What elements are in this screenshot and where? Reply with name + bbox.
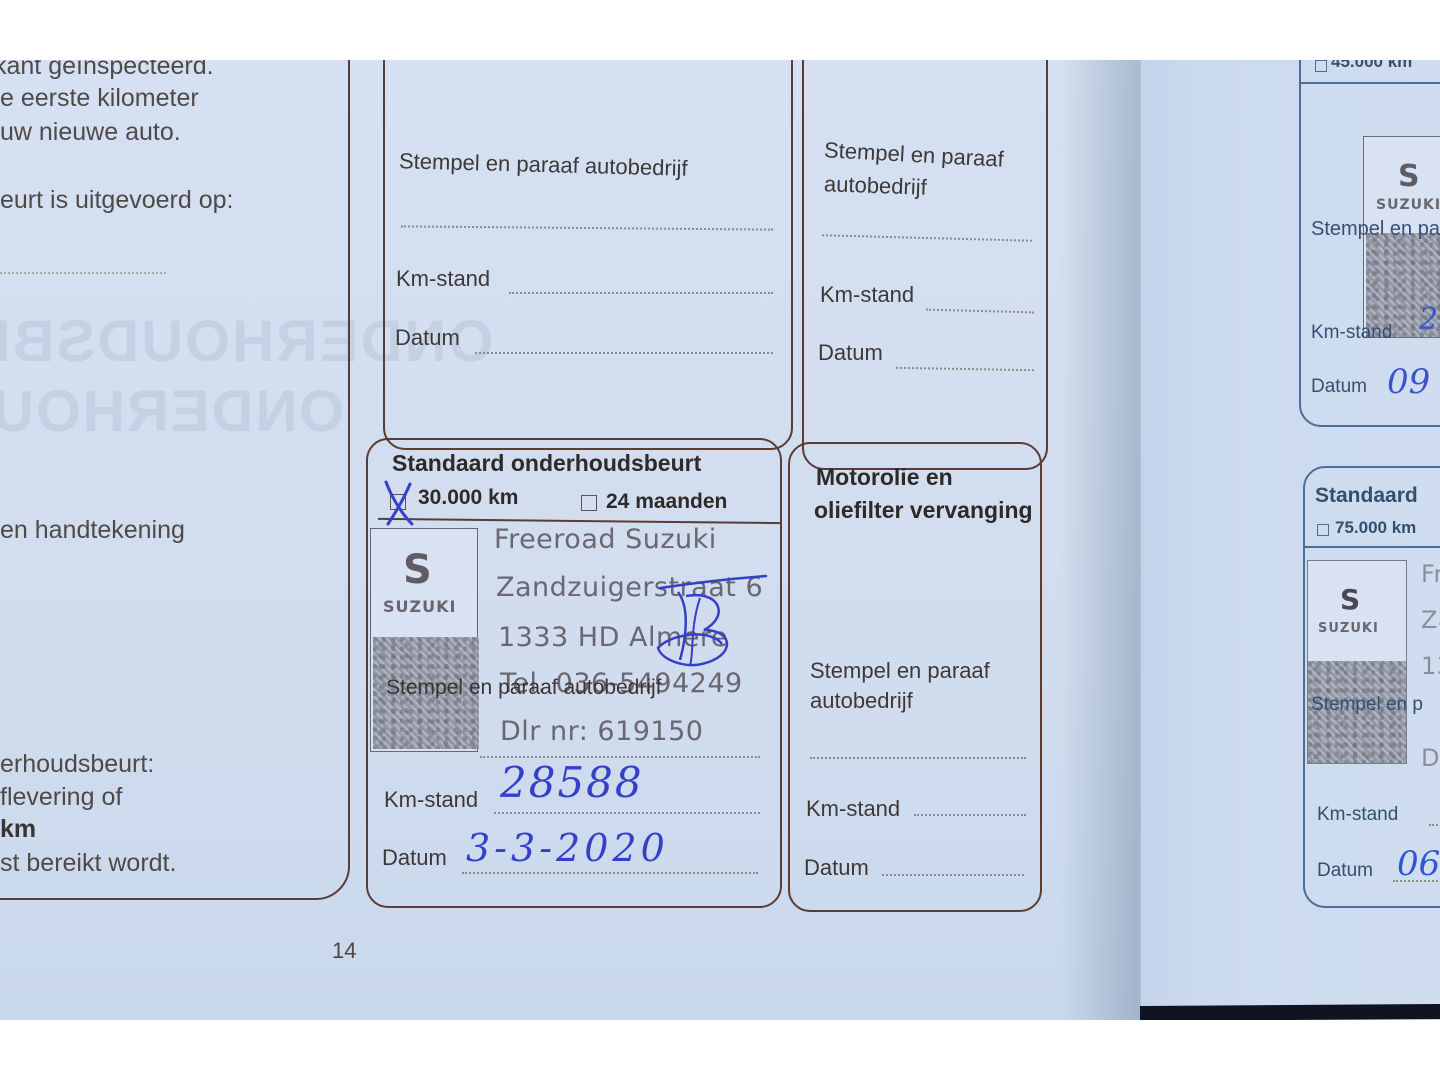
suzuki-wordmark: SUZUKI — [383, 597, 456, 616]
km-field[interactable] — [494, 812, 760, 814]
date-field[interactable] — [462, 872, 758, 874]
left-page: ONDERHOUDSBE ONDERHOU kant geïnspecteerd… — [0, 60, 1140, 1020]
km-value-handwritten: 2 — [1419, 302, 1438, 337]
stamp-label: autobedrijf — [824, 171, 928, 201]
date-label: Datum — [818, 340, 883, 366]
km-field[interactable] — [914, 814, 1026, 816]
km-field[interactable] — [1429, 824, 1440, 826]
header-divider — [1301, 82, 1440, 84]
km-label: Km-stand — [1311, 322, 1392, 344]
stamp-label: Stempel en paraaf autobedrijf — [386, 676, 662, 700]
dealer-stamp-partial: Fr — [1421, 560, 1440, 588]
option-30000km: 30.000 km — [418, 486, 518, 510]
service-title: Standaard onderhoudsbeurt — [392, 450, 701, 477]
service-booklet-photo: ONDERHOUDSBE ONDERHOU kant geïnspecteerd… — [0, 60, 1440, 1020]
date-field[interactable] — [896, 367, 1034, 371]
service-box-45000km: 45.000 km S SUZUKI Stempel en pa Km-stan… — [1299, 60, 1440, 427]
left-info-frame — [0, 60, 350, 900]
book-gutter-shadow — [1060, 60, 1140, 1020]
option-75000km: 75.000 km — [1335, 518, 1416, 538]
option-45000km: 45.000 km — [1331, 60, 1412, 72]
date-label: Datum — [1311, 376, 1367, 398]
date-label: Datum — [395, 325, 460, 351]
km-value-handwritten: 28588 — [500, 758, 644, 807]
stamp-label: Stempel en pa — [1311, 218, 1440, 241]
option-24-months: 24 maanden — [606, 490, 727, 514]
suzuki-logo-icon: S — [1398, 159, 1420, 194]
date-label: Datum — [1317, 860, 1373, 882]
suzuki-logo-icon: S — [403, 547, 432, 593]
service-title: Standaard — [1315, 484, 1418, 508]
oil-change-title: oliefilter vervanging — [814, 497, 1033, 524]
handwritten-signature — [650, 568, 770, 678]
dealer-number: Dlr nr: 619150 — [500, 716, 703, 747]
oil-change-box: Motorolie en oliefilter vervanging Stemp… — [788, 442, 1042, 912]
page-number: 14 — [332, 938, 356, 964]
stamp-line[interactable] — [822, 234, 1032, 241]
stamp-label: Stempel en paraaf — [823, 137, 1004, 172]
date-value-handwritten: 3-3-2020 — [466, 826, 669, 870]
dealer-stamp-logo-box: S SUZUKI — [1307, 560, 1407, 764]
book-cover-edge — [1140, 1004, 1440, 1020]
service-box-blank-2: Stempel en paraaf autobedrijf Km-stand D… — [802, 60, 1048, 470]
stamp-label: Stempel en paraaf autobedrijf — [399, 148, 688, 182]
dealer-stamp-partial: 13 — [1421, 652, 1440, 680]
date-value-handwritten: 09 — [1387, 362, 1430, 402]
handwritten-check-mark — [380, 478, 420, 528]
dealer-stamp-logo-box: S SUZUKI — [370, 528, 478, 752]
checkbox-75000km[interactable] — [1317, 524, 1329, 536]
km-label: Km-stand — [1317, 804, 1398, 826]
service-box-blank-1: Stempel en paraaf autobedrijf Km-stand D… — [383, 60, 793, 450]
right-page: 45.000 km S SUZUKI Stempel en pa Km-stan… — [1140, 60, 1440, 1010]
km-field[interactable] — [926, 309, 1034, 314]
dealer-name: Freeroad Suzuki — [494, 524, 717, 555]
km-label: Km-stand — [806, 796, 900, 822]
km-label: Km-stand — [384, 787, 478, 813]
date-field[interactable] — [475, 352, 773, 354]
stamp-line[interactable] — [401, 225, 773, 230]
suzuki-wordmark: SUZUKI — [1318, 621, 1379, 636]
stamp-label: Stempel en p — [1311, 694, 1423, 716]
date-field[interactable] — [882, 874, 1024, 876]
km-field[interactable] — [509, 292, 773, 294]
header-divider — [1305, 546, 1440, 548]
stamp-line[interactable] — [810, 757, 1026, 759]
km-label: Km-stand — [396, 266, 490, 292]
dealer-stamp-partial: D — [1421, 744, 1440, 772]
date-label: Datum — [382, 845, 447, 871]
checkbox-24-months[interactable] — [581, 495, 597, 511]
suzuki-wordmark: SUZUKI — [1376, 197, 1440, 213]
date-value-handwritten: 06 — [1397, 844, 1440, 884]
km-label: Km-stand — [820, 282, 914, 308]
oil-change-title: Motorolie en — [816, 464, 953, 491]
dealer-stamp-partial: Za — [1421, 606, 1440, 634]
suzuki-logo-icon: S — [1340, 583, 1360, 616]
date-label: Datum — [804, 855, 869, 881]
stamp-label: Stempel en paraaf — [810, 658, 990, 684]
service-box-75000km: Standaard 75.000 km S SUZUKI Fr Za 13 D … — [1303, 466, 1440, 908]
stamp-label: autobedrijf — [810, 688, 913, 714]
checkbox-45000km[interactable] — [1315, 60, 1327, 72]
